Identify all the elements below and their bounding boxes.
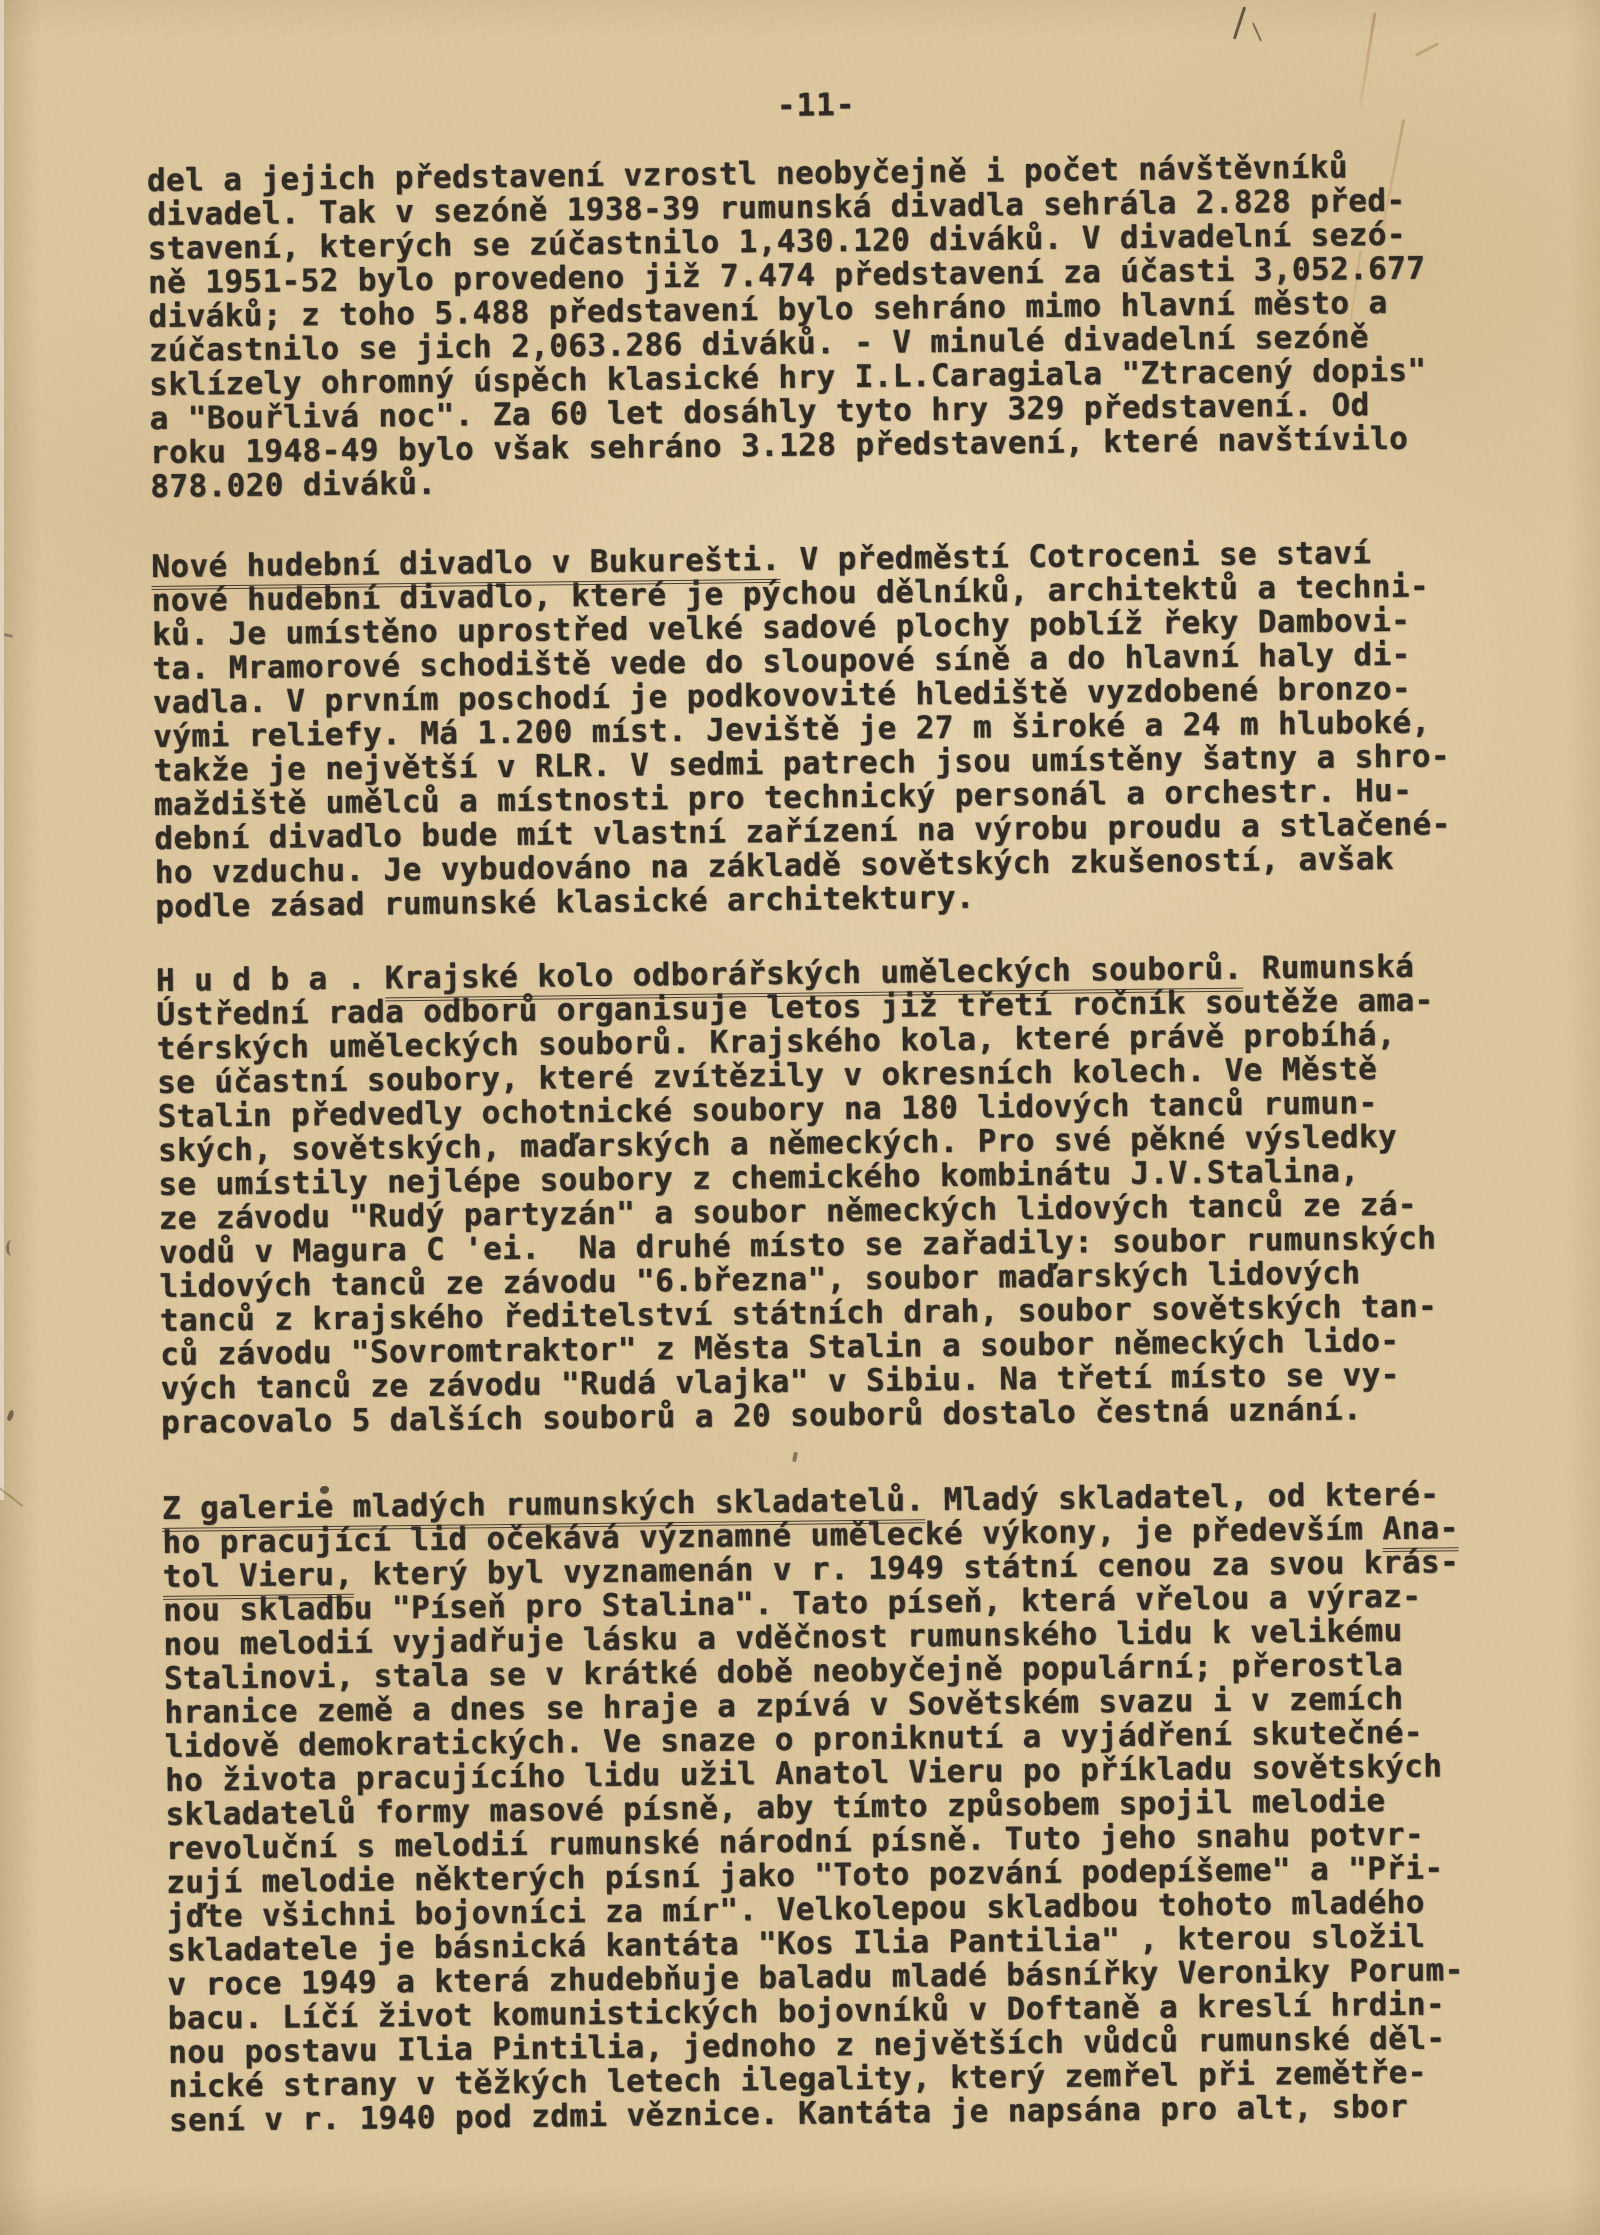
paper-sheet: -11- del a jejich představení vzrostl ne… (0, 0, 1600, 2235)
ink-speck (6, 1240, 17, 1256)
paragraph-new-music-theatre-bucharest: Nové hudební divadlo v Bukurešti. V před… (151, 535, 1495, 924)
text-segment: Rumunská (1242, 949, 1414, 987)
typewritten-content: -11- del a jejich představení vzrostl ne… (146, 81, 1509, 2138)
ink-speck (4, 633, 13, 638)
paragraph-theatre-statistics: del a jejich představení vzrostl neobyče… (147, 149, 1491, 504)
scanned-document: { "page": { "number_label": "-11-", "lan… (0, 0, 1600, 2235)
paragraph-music-regional-round: H u d b a . Krajské kolo odborářských um… (156, 949, 1501, 1440)
pen-check-mark (1252, 22, 1262, 41)
scan-edge (0, 0, 4, 1500)
paragraph-young-romanian-composers: Z galerie mladých rumunských skladatelů.… (162, 1477, 1509, 2138)
pen-check-mark (1233, 6, 1246, 39)
document-body: del a jejich představení vzrostl neobyče… (147, 149, 1509, 2138)
text-segment: 878.020 diváků. (150, 466, 436, 505)
page-number: -11- (146, 81, 1486, 130)
ink-speck (6, 1409, 14, 1421)
text-segment: H u d b a . (156, 960, 385, 999)
pen-stroke-stain (1415, 42, 1439, 57)
